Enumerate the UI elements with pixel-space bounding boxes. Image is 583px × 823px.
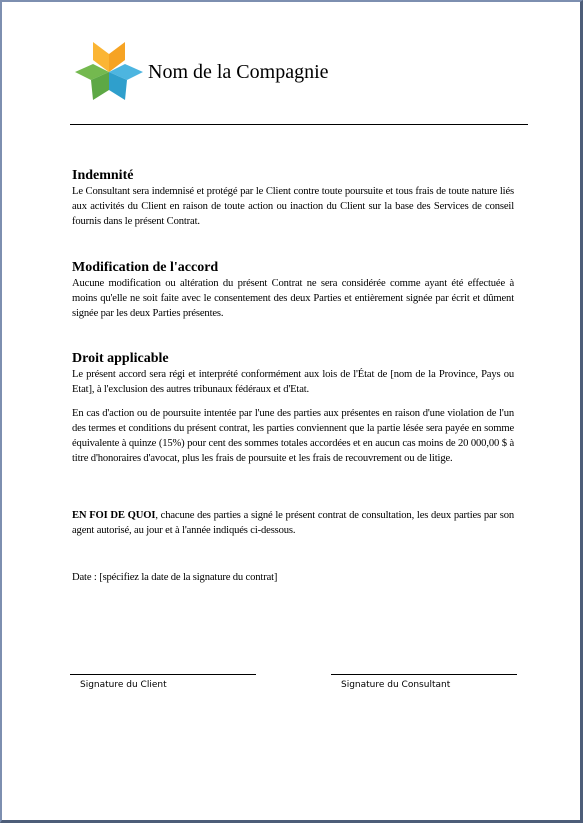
client-signature-line[interactable] bbox=[70, 674, 256, 675]
section-paragraph: Aucune modification ou altération du pré… bbox=[72, 276, 514, 321]
section-paragraph: Le Consultant sera indemnisé et protégé … bbox=[72, 184, 514, 229]
section-title: Indemnité bbox=[72, 168, 514, 184]
section-title: Modification de l'accord bbox=[72, 260, 514, 276]
section-title: Droit applicable bbox=[72, 351, 514, 367]
consultant-signature-line[interactable] bbox=[331, 674, 517, 675]
section-modification: Modification de l'accord Aucune modifica… bbox=[72, 260, 514, 321]
consultant-signature-label: Signature du Consultant bbox=[341, 679, 450, 691]
document-page: Nom de la Compagnie Indemnité Le Consult… bbox=[0, 0, 583, 823]
section-droit-applicable: Droit applicable Le présent accord sera … bbox=[72, 351, 514, 466]
company-logo-icon bbox=[73, 40, 145, 102]
section-paragraph: En cas d'action ou de poursuite intentée… bbox=[72, 406, 514, 466]
date-line: Date : [spécifiez la date de la signatur… bbox=[72, 570, 277, 585]
section-paragraph: Le présent accord sera régi et interprét… bbox=[72, 367, 514, 397]
client-signature-label: Signature du Client bbox=[80, 679, 167, 691]
witness-lead: EN FOI DE QUOI bbox=[72, 510, 155, 521]
section-indemnite: Indemnité Le Consultant sera indemnisé e… bbox=[72, 168, 514, 229]
company-name: Nom de la Compagnie bbox=[148, 59, 329, 85]
header-divider bbox=[70, 124, 528, 125]
witness-clause: EN FOI DE QUOI, chacune des parties a si… bbox=[72, 508, 514, 538]
